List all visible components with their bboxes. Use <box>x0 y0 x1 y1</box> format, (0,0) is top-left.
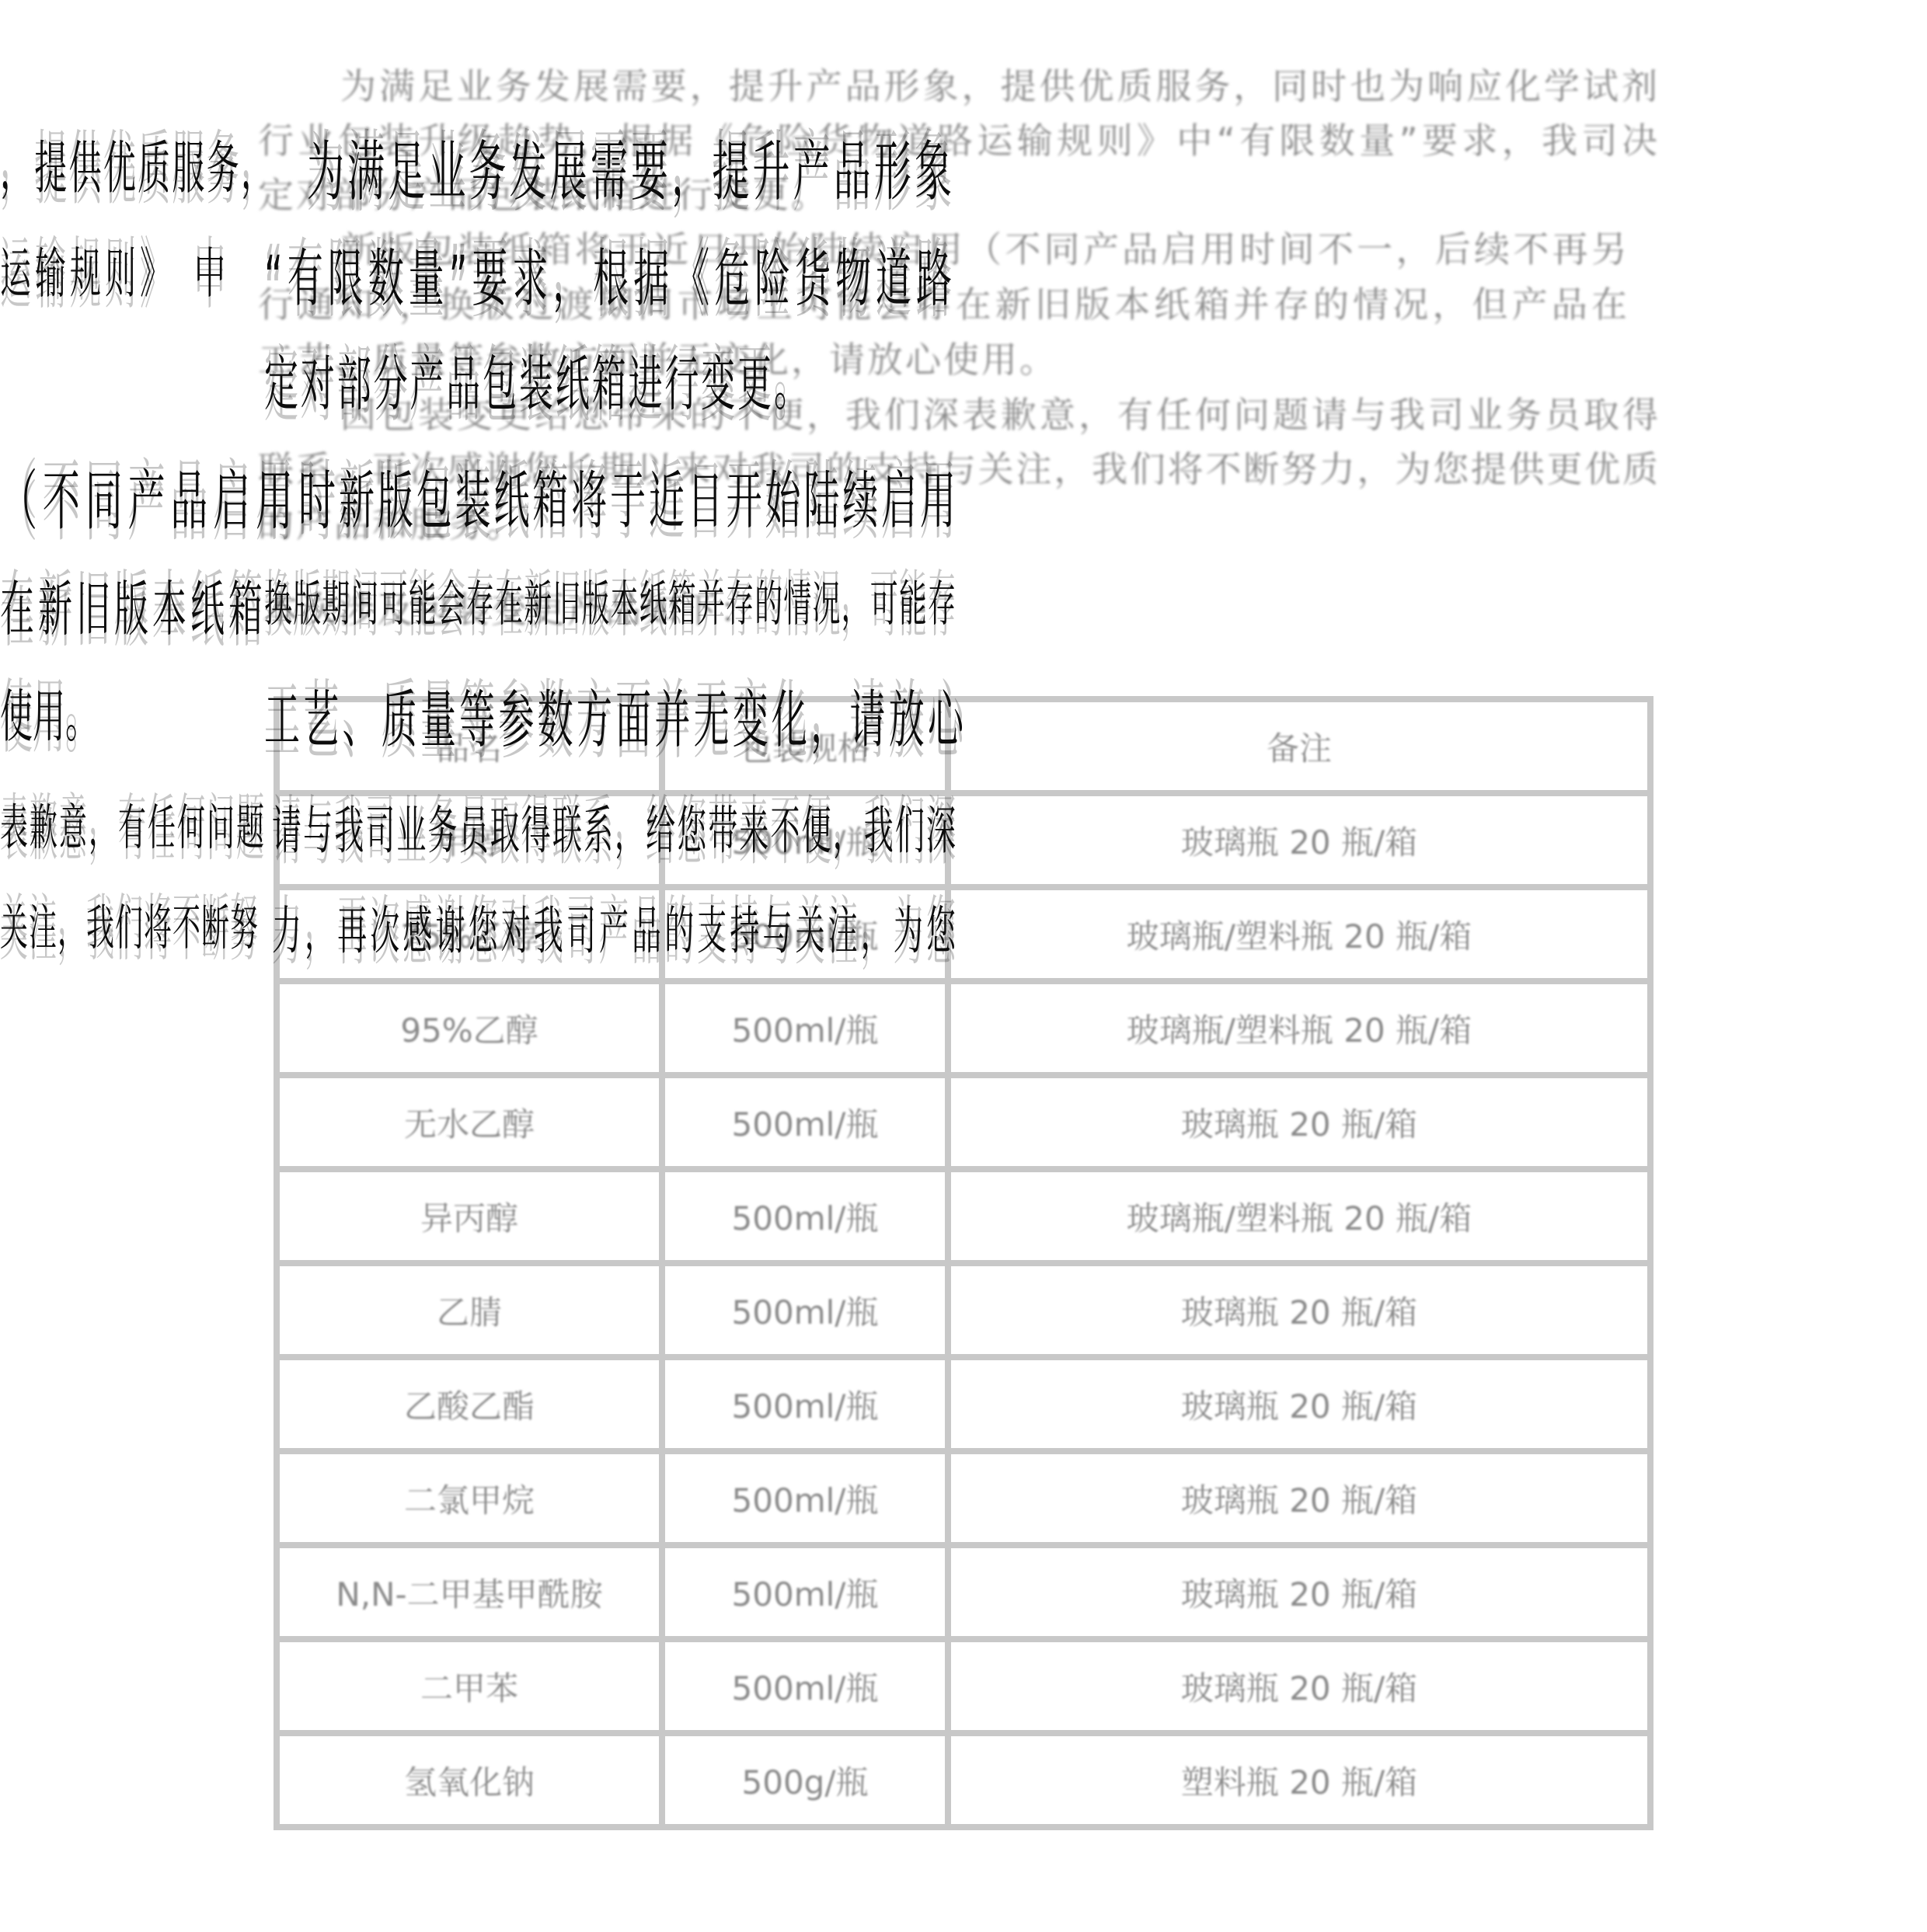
table-cell: 玻璃瓶 20 瓶/箱 <box>951 1454 1647 1542</box>
package-spec: 500ml/瓶 <box>732 1475 879 1522</box>
remark: 塑料瓶 20 瓶/箱 <box>1181 1757 1417 1804</box>
overlay-text: 换版期间可能会存在新旧版本纸箱并存的情况，可能存 <box>264 581 956 632</box>
packaging-table: 品名 包装规格 备注 甲醇 500ml/瓶 玻璃瓶 20 瓶/箱 75%乙醇 5… <box>274 696 1653 1830</box>
overlay-text: 运输规则》 中 <box>0 247 225 305</box>
overlay-text: 为满足业务发展需要，提升产品形象 <box>307 140 952 208</box>
remark: 玻璃瓶/塑料瓶 20 瓶/箱 <box>1127 1193 1472 1240</box>
table-cell: 500ml/瓶 <box>665 1360 945 1448</box>
product-name: 二甲苯 <box>420 1663 518 1710</box>
table-cell: 玻璃瓶 20 瓶/箱 <box>951 1642 1647 1730</box>
package-spec: 500ml/瓶 <box>732 1663 879 1710</box>
overlay-text: 在新旧版本纸箱 <box>0 581 263 644</box>
table-cell: 氢氧化钠 <box>280 1736 659 1824</box>
package-spec: 500ml/瓶 <box>732 1005 879 1052</box>
table-cell: 500g/瓶 <box>665 1736 945 1824</box>
remark: 玻璃瓶 20 瓶/箱 <box>1181 1099 1417 1146</box>
table-cell: 二氯甲烷 <box>280 1454 659 1542</box>
table-cell: 玻璃瓶 20 瓶/箱 <box>951 1548 1647 1636</box>
product-name: 氢氧化钠 <box>404 1757 535 1804</box>
header-remark: 备注 <box>1267 723 1332 770</box>
table-cell: 玻璃瓶/塑料瓶 20 瓶/箱 <box>951 984 1647 1072</box>
table-cell: 乙腈 <box>280 1266 659 1354</box>
notice-line: 为满足业务发展需要，提升产品形象，提供优质服务，同时也为响应化学试剂 <box>340 67 1657 106</box>
product-name: N,N-二甲基甲酰胺 <box>336 1569 602 1616</box>
table-cell: 异丙醇 <box>280 1172 659 1260</box>
product-name: 乙酸乙酯 <box>404 1381 535 1428</box>
overlay-text: 定对部分产品包装纸箱进行变更。 <box>264 356 808 419</box>
overlay-text: 力，再次感谢您对我司产品的支持与关注，为您 <box>272 905 956 959</box>
product-name: 异丙醇 <box>420 1193 518 1240</box>
package-spec: 500g/瓶 <box>742 1757 869 1804</box>
table-cell: 玻璃瓶 20 瓶/箱 <box>951 1078 1647 1166</box>
overlay-text: ，提供优质服务， <box>0 140 274 200</box>
overlay-text: 请与我司业务员取得联系，给您带来不便，我们深 <box>272 805 956 859</box>
table-cell: 500ml/瓶 <box>665 1172 945 1260</box>
product-name: 二氯甲烷 <box>404 1475 535 1522</box>
package-spec: 500ml/瓶 <box>732 1193 879 1240</box>
table-cell: 500ml/瓶 <box>665 1266 945 1354</box>
remark: 玻璃瓶 20 瓶/箱 <box>1181 817 1417 864</box>
table-cell: 二甲苯 <box>280 1642 659 1730</box>
package-spec: 500ml/瓶 <box>732 1569 879 1616</box>
overlay-text: 使用。 <box>0 688 98 748</box>
remark: 玻璃瓶 20 瓶/箱 <box>1181 1287 1417 1334</box>
table-cell: 500ml/瓶 <box>665 1548 945 1636</box>
remark: 玻璃瓶 20 瓶/箱 <box>1181 1475 1417 1522</box>
package-spec: 500ml/瓶 <box>732 1099 879 1146</box>
overlay-text: 工艺、质量等参数方面并无变化，请放心 <box>264 688 963 754</box>
table-header-cell: 备注 <box>951 702 1647 790</box>
table-cell: 玻璃瓶 20 瓶/箱 <box>951 1360 1647 1448</box>
overlay-text: 表歉意，有任何问题 <box>0 805 264 856</box>
package-spec: 500ml/瓶 <box>732 1287 879 1334</box>
table-cell: 玻璃瓶 20 瓶/箱 <box>951 1266 1647 1354</box>
remark: 玻璃瓶 20 瓶/箱 <box>1181 1569 1417 1616</box>
overlay-text: “有限数量”要求，根据《危险货物道路 <box>264 247 952 313</box>
product-name: 无水乙醇 <box>404 1099 535 1146</box>
table-cell: 玻璃瓶/塑料瓶 20 瓶/箱 <box>951 890 1647 978</box>
table-cell: 500ml/瓶 <box>665 984 945 1072</box>
overlay-text: 新版包装纸箱将于近日开始陆续启用 <box>339 469 956 535</box>
table-cell: 500ml/瓶 <box>665 1642 945 1730</box>
table-cell: 500ml/瓶 <box>665 1078 945 1166</box>
table-cell: 玻璃瓶 20 瓶/箱 <box>951 796 1647 884</box>
table-cell: 乙酸乙酯 <box>280 1360 659 1448</box>
table-cell: 500ml/瓶 <box>665 1454 945 1542</box>
overlay-text: （不同产品启用时 <box>0 469 336 538</box>
table-cell: 无水乙醇 <box>280 1078 659 1166</box>
package-spec: 500ml/瓶 <box>732 1381 879 1428</box>
remark: 玻璃瓶/塑料瓶 20 瓶/箱 <box>1127 911 1472 958</box>
remark: 玻璃瓶 20 瓶/箱 <box>1181 1663 1417 1710</box>
remark: 玻璃瓶 20 瓶/箱 <box>1181 1381 1417 1428</box>
table-cell: N,N-二甲基甲酰胺 <box>280 1548 659 1636</box>
overlay-text: 关注，我们将不断努 <box>0 905 258 956</box>
table-cell: 塑料瓶 20 瓶/箱 <box>951 1736 1647 1824</box>
remark: 玻璃瓶/塑料瓶 20 瓶/箱 <box>1127 1005 1472 1052</box>
table-cell: 95%乙醇 <box>280 984 659 1072</box>
product-name: 95%乙醇 <box>400 1005 538 1052</box>
table-cell: 玻璃瓶/塑料瓶 20 瓶/箱 <box>951 1172 1647 1260</box>
product-name: 乙腈 <box>437 1287 502 1334</box>
